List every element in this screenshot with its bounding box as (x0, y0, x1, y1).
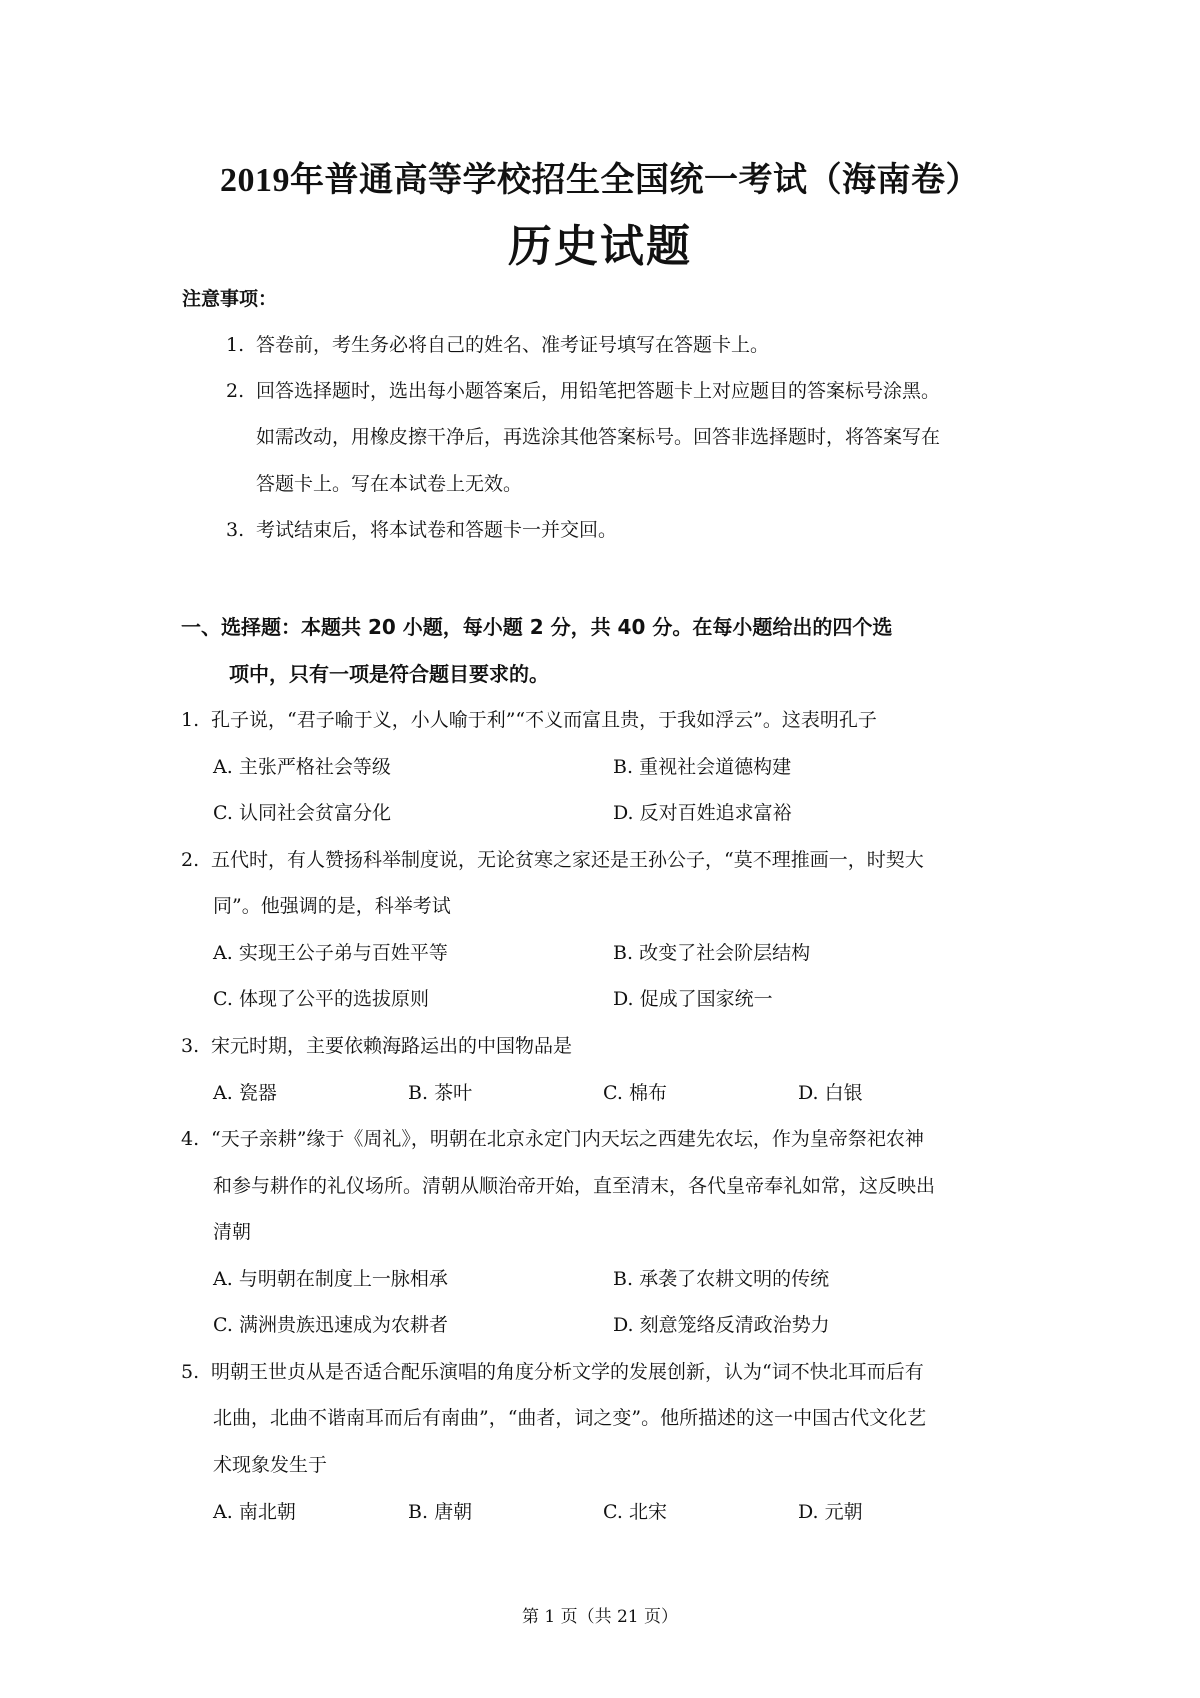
notice-heading: 注意事项： (182, 284, 277, 311)
question-2-option-c[interactable]: C. 体现了公平的选拔原则 (213, 984, 429, 1011)
question-4-option-c[interactable]: C. 满洲贵族迅速成为农耕者 (213, 1310, 448, 1337)
question-4-option-a[interactable]: A. 与明朝在制度上一脉相承 (213, 1264, 448, 1291)
question-1-option-d[interactable]: D. 反对百姓追求富裕 (613, 798, 792, 825)
question-4-option-d[interactable]: D. 刻意笼络反清政治势力 (613, 1310, 830, 1337)
section-heading-line-2: 项中，只有一项是符合题目要求的。 (229, 658, 549, 687)
question-5-line-2: 北曲，北曲不谐南耳而后有南曲”，“曲者，词之变”。他所描述的这一中国古代文化艺 (213, 1403, 926, 1430)
question-1-option-c[interactable]: C. 认同社会贫富分化 (213, 798, 391, 825)
notice-item-2-line-3: 答题卡上。写在本试卷上无效。 (256, 469, 522, 496)
question-5-option-b[interactable]: B. 唐朝 (408, 1497, 472, 1524)
question-3-option-a[interactable]: A. 瓷器 (213, 1078, 277, 1105)
notice-item-3: 3.考试结束后，将本试卷和答题卡一并交回。 (226, 515, 617, 542)
question-2-line-2: 同”。他强调的是，科举考试 (213, 891, 451, 918)
exam-subject-title: 历史试题 (0, 210, 1200, 274)
section-heading: 一、选择题：本题共 20 小题，每小题 2 分，共 40 分。在每小题给出的四个… (181, 611, 892, 640)
notice-item-2-line-2: 如需改动，用橡皮擦干净后，再选涂其他答案标号。回答非选择题时，将答案写在 (256, 422, 940, 449)
question-3-option-c[interactable]: C. 棉布 (603, 1078, 667, 1105)
question-5-option-a[interactable]: A. 南北朝 (213, 1497, 296, 1524)
notice-item-2: 2.回答选择题时，选出每小题答案后，用铅笔把答题卡上对应题目的答案标号涂黑。 (226, 376, 940, 403)
question-1-option-b[interactable]: B. 重视社会道德构建 (613, 752, 791, 779)
page-number: 第 1 页（共 21 页） (0, 1602, 1200, 1627)
notice-item-1: 1.答卷前，考生务必将自己的姓名、准考证号填写在答题卡上。 (226, 330, 769, 357)
question-1: 1.孔子说，“君子喻于义，小人喻于利”“不义而富且贵，于我如浮云”。这表明孔子 (181, 705, 877, 732)
question-1-option-a[interactable]: A. 主张严格社会等级 (213, 752, 391, 779)
question-4-line-3: 清朝 (213, 1217, 251, 1244)
question-5-option-d[interactable]: D. 元朝 (798, 1497, 863, 1524)
question-3-option-b[interactable]: B. 茶叶 (408, 1078, 472, 1105)
question-2-option-d[interactable]: D. 促成了国家统一 (613, 984, 773, 1011)
question-5: 5.明朝王世贞从是否适合配乐演唱的角度分析文学的发展创新，认为“词不快北耳而后有 (181, 1357, 924, 1384)
question-4: 4.“天子亲耕”缘于《周礼》，明朝在北京永定门内天坛之西建先农坛，作为皇帝祭祀农… (181, 1124, 924, 1151)
question-2: 2.五代时，有人赞扬科举制度说，无论贫寒之家还是王孙公子，“莫不理推画一，时契大 (181, 845, 924, 872)
question-5-option-c[interactable]: C. 北宋 (603, 1497, 667, 1524)
question-5-line-3: 术现象发生于 (213, 1450, 327, 1477)
question-4-line-2: 和参与耕作的礼仪场所。清朝从顺治帝开始，直至清末，各代皇帝奉礼如常，这反映出 (213, 1171, 935, 1198)
question-2-option-b[interactable]: B. 改变了社会阶层结构 (613, 938, 810, 965)
question-3: 3.宋元时期，主要依赖海路运出的中国物品是 (181, 1031, 572, 1058)
question-3-option-d[interactable]: D. 白银 (798, 1078, 863, 1105)
question-4-option-b[interactable]: B. 承袭了农耕文明的传统 (613, 1264, 829, 1291)
question-2-option-a[interactable]: A. 实现王公子弟与百姓平等 (213, 938, 448, 965)
exam-title: 2019年普通高等学校招生全国统一考试（海南卷） (0, 152, 1200, 201)
